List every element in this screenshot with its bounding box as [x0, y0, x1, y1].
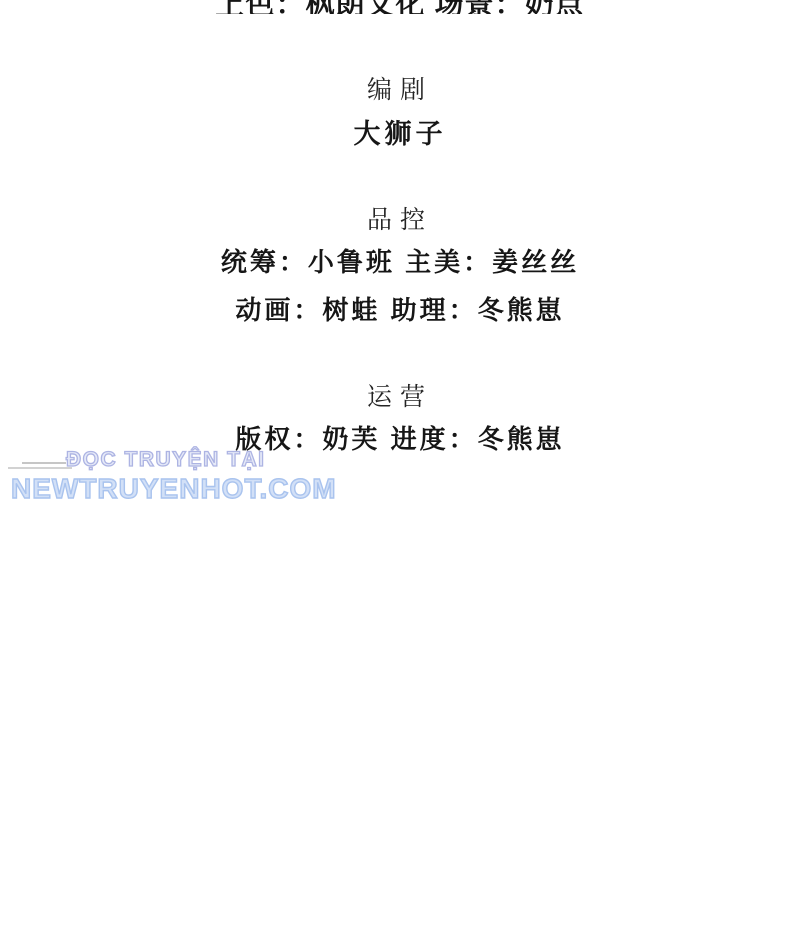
comic-credits-page: 上色：枫朗文化 场景：奶点 编剧 大狮子 品控 统筹：小鲁班 主美：姜丝丝 动画…	[0, 0, 800, 950]
credit-line-coordinator-artdirector: 统筹：小鲁班 主美：姜丝丝	[0, 242, 800, 279]
screenwriter-name: 大狮子	[0, 112, 800, 151]
credit-line-animation-assistant: 动画：树蛙 助理：冬熊崽	[0, 290, 800, 327]
site-watermark-domain: NEWTRUYENHOT.COM	[11, 473, 337, 505]
top-clipped-credit-text: 上色：枫朗文化 场景：奶点	[0, 0, 800, 14]
top-clipped-credit-line: 上色：枫朗文化 场景：奶点	[0, 0, 800, 14]
site-watermark-tagline: ĐỌC TRUYỆN TẠI	[66, 448, 266, 472]
section-heading-quality-control: 品控	[0, 200, 800, 236]
micro-mark-line	[22, 462, 66, 464]
micro-mark-line	[8, 467, 72, 469]
micro-watermark-smudge	[8, 462, 74, 469]
section-heading-screenwriter: 编剧	[0, 70, 800, 106]
section-heading-operations: 运营	[0, 377, 800, 413]
